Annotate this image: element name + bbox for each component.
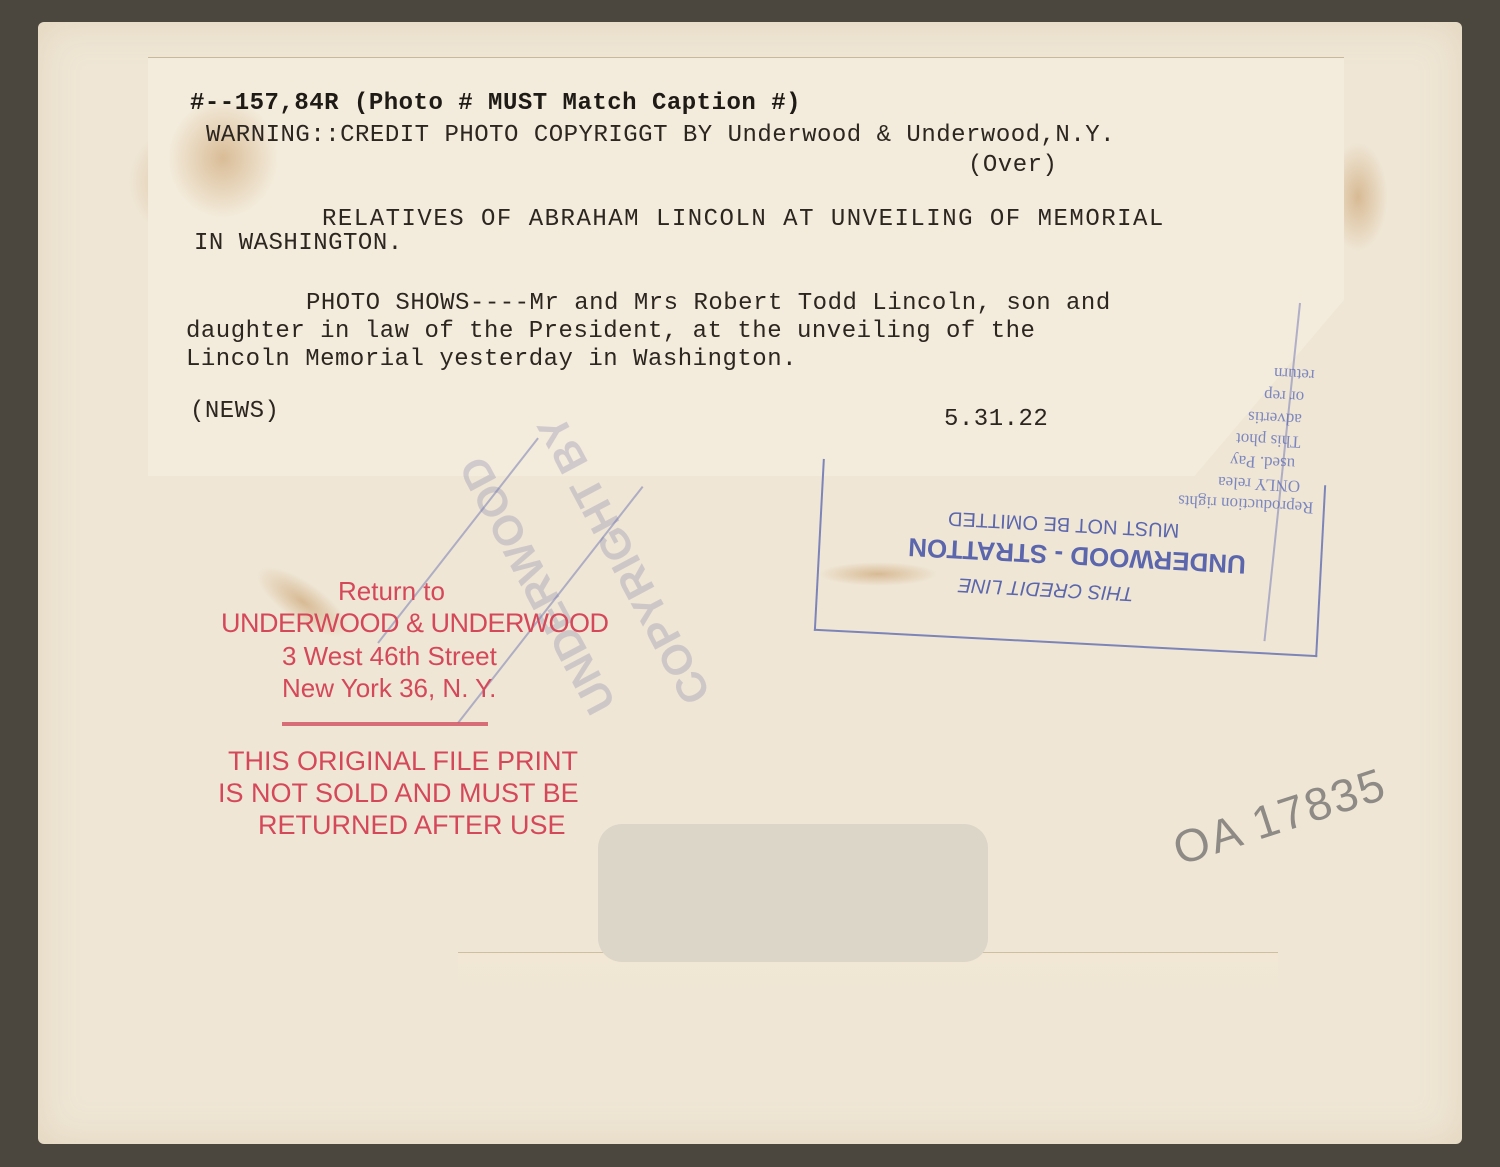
warning-credit-line: WARNING::CREDIT PHOTO COPYRIGGT BY Under… xyxy=(206,122,1115,150)
return-company-name: UNDERWOOD & UNDERWOOD xyxy=(221,608,609,639)
body-line-3: Lincoln Memorial yesterday in Washington… xyxy=(186,346,797,374)
over-note: (Over) xyxy=(968,152,1057,180)
reproduction-note-3: used. Pay xyxy=(1230,450,1296,473)
photo-number-line: #--157,84R (Photo # MUST Match Caption #… xyxy=(190,90,801,118)
handwritten-catalog-number: OA 17835 xyxy=(1166,756,1393,876)
body-line-2: daughter in law of the President, at the… xyxy=(186,318,1035,346)
return-street-address: 3 West 46th Street xyxy=(282,641,497,672)
redacted-region xyxy=(598,824,988,962)
file-print-notice-3: RETURNED AFTER USE xyxy=(258,810,566,841)
caption-date: 5.31.22 xyxy=(944,406,1048,434)
reproduction-note-2: ONLY relea xyxy=(1218,472,1301,496)
caption-slip: #--157,84R (Photo # MUST Match Caption #… xyxy=(148,57,1344,476)
category-label: (NEWS) xyxy=(190,398,279,426)
photo-back-paper: #--157,84R (Photo # MUST Match Caption #… xyxy=(38,22,1462,1144)
headline-line-1: RELATIVES OF ABRAHAM LINCOLN AT UNVEILIN… xyxy=(322,206,1165,234)
return-to-label: Return to xyxy=(338,576,445,607)
reproduction-note-5: advertis xyxy=(1248,407,1303,430)
stamp-divider xyxy=(282,722,488,726)
headline-line-2: IN WASHINGTON. xyxy=(194,230,403,258)
file-print-notice-1: THIS ORIGINAL FILE PRINT xyxy=(228,746,578,777)
return-city: New York 36, N. Y. xyxy=(282,673,496,704)
file-print-notice-2: IS NOT SOLD AND MUST BE xyxy=(218,778,579,809)
body-line-1: PHOTO SHOWS----Mr and Mrs Robert Todd Li… xyxy=(306,290,1111,318)
reproduction-note-4: This phot xyxy=(1236,428,1302,451)
reproduction-note-6: or rep xyxy=(1264,385,1305,407)
